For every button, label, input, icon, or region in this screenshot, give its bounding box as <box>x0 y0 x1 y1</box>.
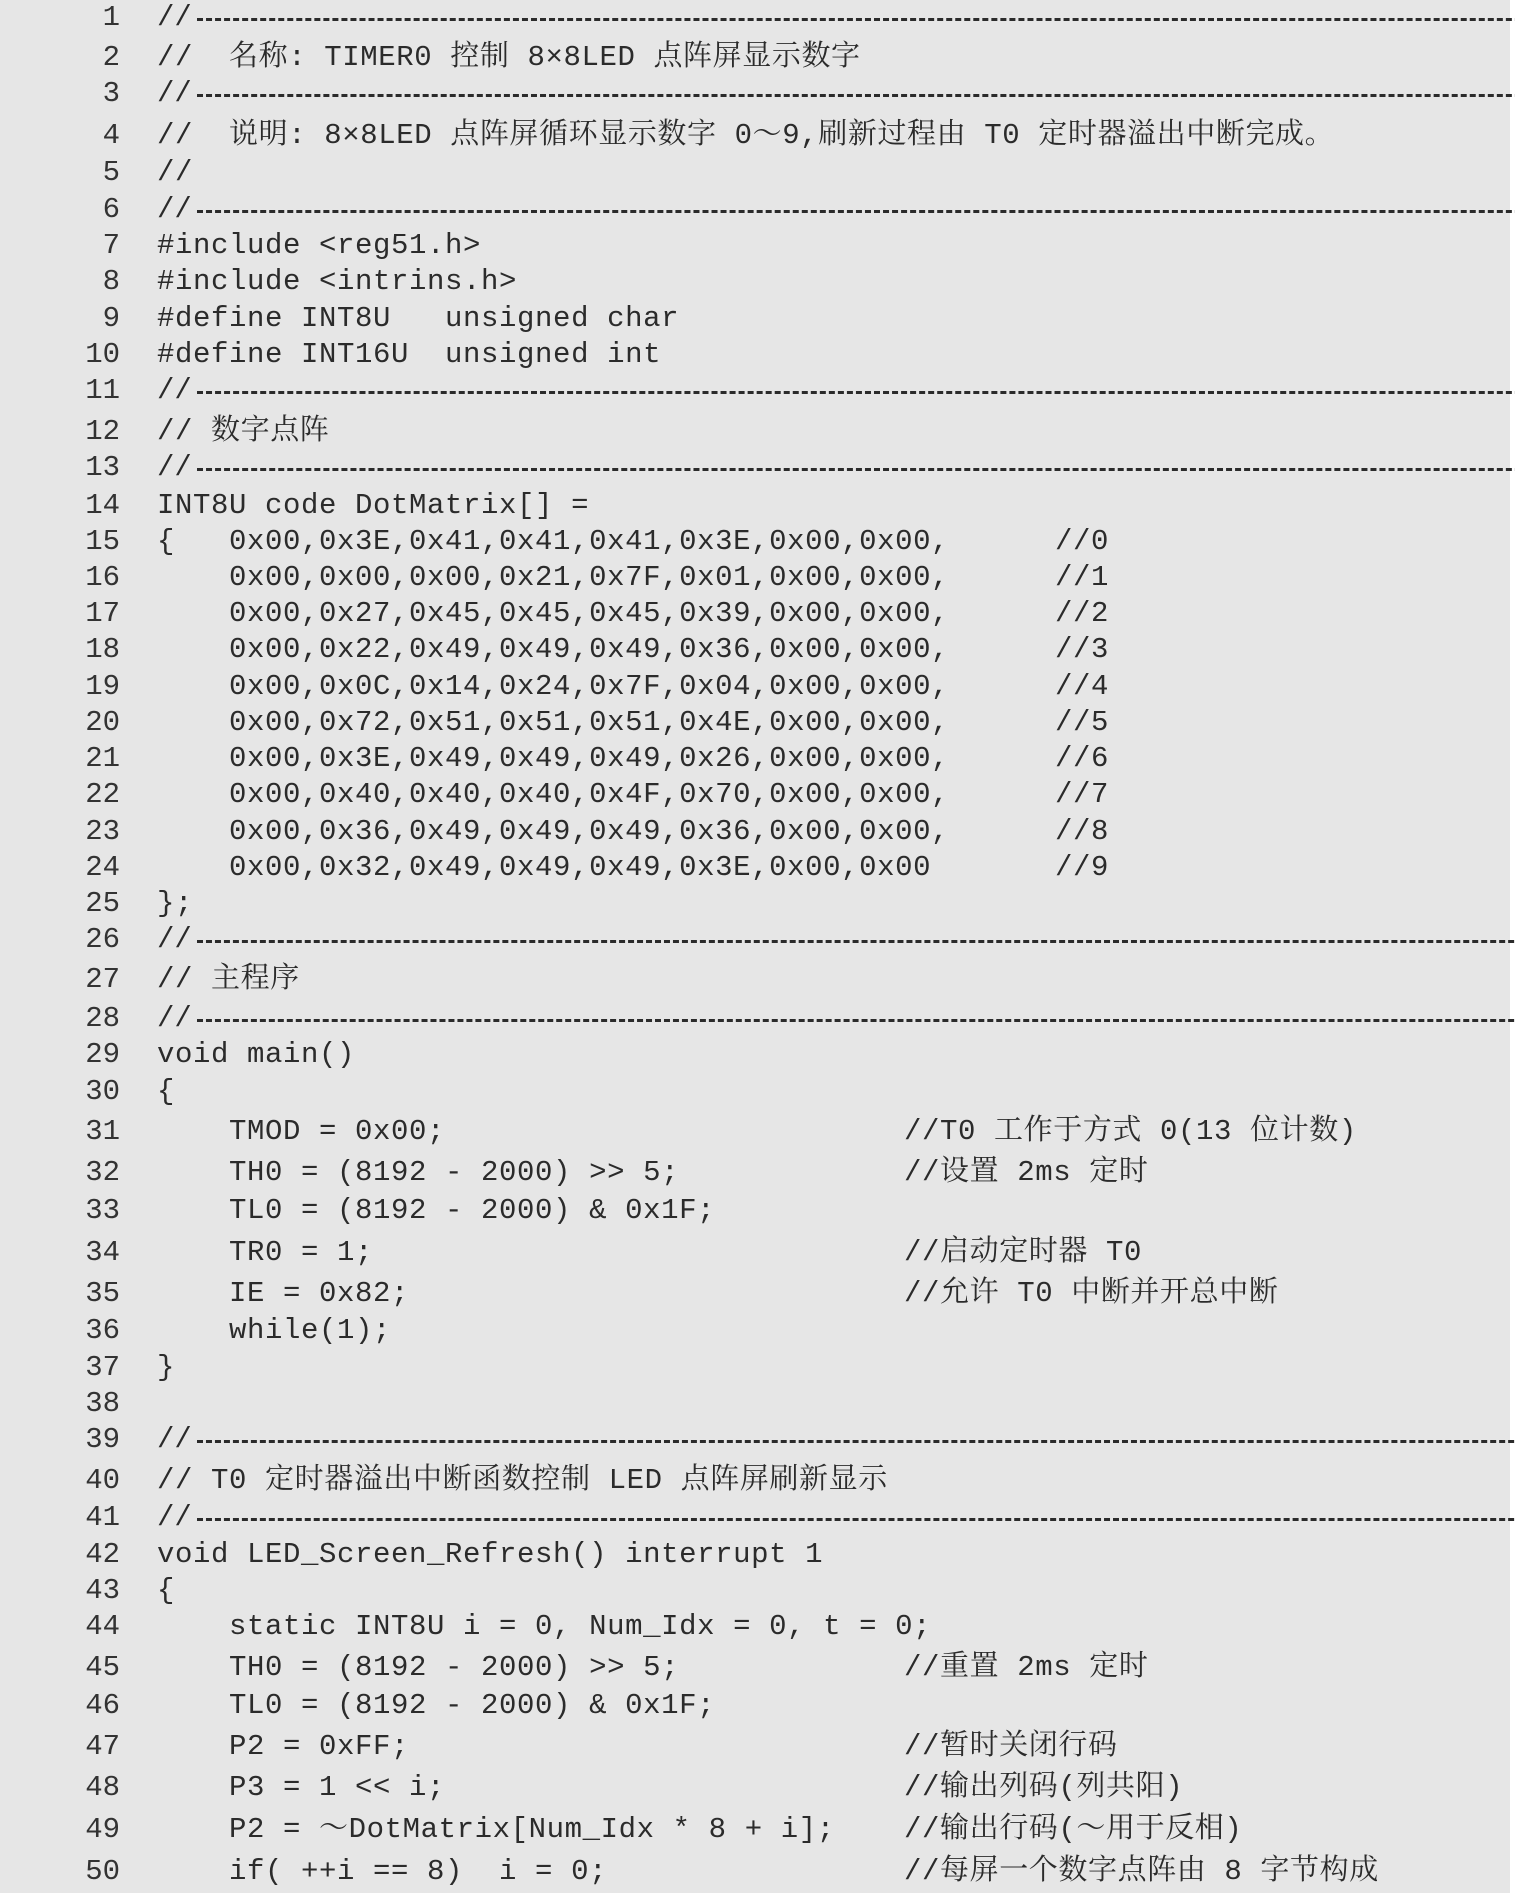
code-text: TH0 = (8192 - 2000) >> 5; <box>157 1155 679 1191</box>
line-number: 29 <box>60 1037 120 1073</box>
code-text: // 名称: TIMER0 控制 8×8LED 点阵屏显示数字 <box>157 40 861 76</box>
comment-slashes: // <box>157 450 192 486</box>
comment-slashes: // <box>157 1500 192 1536</box>
line-number: 41 <box>60 1500 120 1536</box>
code-line: 46 TL0 = (8192 - 2000) & 0x1F; <box>0 1688 1510 1724</box>
code-line: 47 P2 = 0xFF;//暂时关闭行码 <box>0 1729 1510 1765</box>
code-text: if( ++i == 8) i = 0; <box>157 1854 607 1890</box>
dashed-rule <box>197 1440 1515 1443</box>
inline-comment: //5 <box>1055 705 1109 741</box>
code-text: void LED_Screen_Refresh() interrupt 1 <box>157 1537 823 1573</box>
code-line: 25}; <box>0 886 1510 922</box>
line-number: 39 <box>60 1422 120 1458</box>
code-text: { <box>157 1573 175 1609</box>
line-number: 33 <box>60 1193 120 1229</box>
inline-comment: //T0 工作于方式 0(13 位计数) <box>904 1114 1357 1150</box>
line-number: 17 <box>60 596 120 632</box>
code-line: 21 0x00,0x3E,0x49,0x49,0x49,0x26,0x00,0x… <box>0 741 1510 777</box>
code-line: 6// <box>0 192 1510 228</box>
line-number: 42 <box>60 1537 120 1573</box>
comment-slashes: // <box>157 1422 192 1458</box>
code-text: // 主程序 <box>157 962 300 998</box>
code-line: 8#include <intrins.h> <box>0 264 1510 300</box>
inline-comment: //3 <box>1055 632 1109 668</box>
comment-slashes: // <box>157 76 192 112</box>
line-number: 35 <box>60 1276 120 1312</box>
code-line: 38 <box>0 1386 1510 1422</box>
code-line: 44 static INT8U i = 0, Num_Idx = 0, t = … <box>0 1609 1510 1645</box>
code-text: 0x00,0x36,0x49,0x49,0x49,0x36,0x00,0x00, <box>157 814 949 850</box>
code-line: 13// <box>0 450 1510 486</box>
line-number: 18 <box>60 632 120 668</box>
code-line: 19 0x00,0x0C,0x14,0x24,0x7F,0x04,0x00,0x… <box>0 669 1510 705</box>
line-number: 48 <box>60 1770 120 1806</box>
line-number: 9 <box>60 301 120 337</box>
dashed-rule <box>197 18 1515 21</box>
comment-slashes: // <box>157 1001 192 1037</box>
inline-comment: //2 <box>1055 596 1109 632</box>
code-line: 30{ <box>0 1074 1510 1110</box>
code-line: 50 if( ++i == 8) i = 0;//每屏一个数字点阵由 8 字节构… <box>0 1854 1510 1890</box>
line-number: 40 <box>60 1463 120 1499</box>
code-line: 18 0x00,0x22,0x49,0x49,0x49,0x36,0x00,0x… <box>0 632 1510 668</box>
line-number: 36 <box>60 1313 120 1349</box>
code-line: 17 0x00,0x27,0x45,0x45,0x45,0x39,0x00,0x… <box>0 596 1510 632</box>
line-number: 22 <box>60 777 120 813</box>
code-text: { <box>157 1074 175 1110</box>
line-number: 15 <box>60 524 120 560</box>
code-text: }; <box>157 886 193 922</box>
line-number: 50 <box>60 1854 120 1890</box>
code-text: P2 = 0xFF; <box>157 1729 409 1765</box>
code-text: TL0 = (8192 - 2000) & 0x1F; <box>157 1688 715 1724</box>
code-text: #include <reg51.h> <box>157 228 481 264</box>
line-number: 19 <box>60 669 120 705</box>
comment-slashes: // <box>157 922 192 958</box>
line-number: 11 <box>60 373 120 409</box>
line-number: 38 <box>60 1386 120 1422</box>
line-number: 10 <box>60 337 120 373</box>
code-line: 49 P2 = ～DotMatrix[Num_Idx * 8 + i];//输出… <box>0 1812 1510 1848</box>
line-number: 1 <box>60 0 120 36</box>
inline-comment: //7 <box>1055 777 1109 813</box>
code-line: 48 P3 = 1 << i;//输出列码(列共阳) <box>0 1770 1510 1806</box>
line-number: 25 <box>60 886 120 922</box>
dashed-rule <box>197 210 1515 213</box>
code-text: P3 = 1 << i; <box>157 1770 445 1806</box>
line-number: 31 <box>60 1114 120 1150</box>
code-text: 0x00,0x3E,0x49,0x49,0x49,0x26,0x00,0x00, <box>157 741 949 777</box>
dashed-rule <box>197 940 1515 943</box>
code-text: while(1); <box>157 1313 391 1349</box>
code-text: INT8U code DotMatrix[] = <box>157 488 589 524</box>
code-line: 15{ 0x00,0x3E,0x41,0x41,0x41,0x3E,0x00,0… <box>0 524 1510 560</box>
code-line: 39// <box>0 1422 1510 1458</box>
code-line: 14INT8U code DotMatrix[] = <box>0 488 1510 524</box>
code-text: TL0 = (8192 - 2000) & 0x1F; <box>157 1193 715 1229</box>
line-number: 3 <box>60 76 120 112</box>
code-text: // 数字点阵 <box>157 414 329 450</box>
line-number: 32 <box>60 1155 120 1191</box>
line-number: 23 <box>60 814 120 850</box>
code-text: 0x00,0x72,0x51,0x51,0x51,0x4E,0x00,0x00, <box>157 705 949 741</box>
code-line: 5// <box>0 155 1510 191</box>
line-number: 4 <box>60 118 120 154</box>
line-number: 47 <box>60 1729 120 1765</box>
dashed-rule <box>197 391 1515 394</box>
code-line: 36 while(1); <box>0 1313 1510 1349</box>
inline-comment: //输出行码(～用于反相) <box>904 1812 1242 1848</box>
line-number: 24 <box>60 850 120 886</box>
code-line: 12// 数字点阵 <box>0 414 1510 450</box>
line-number: 37 <box>60 1350 120 1386</box>
code-line: 41// <box>0 1500 1510 1536</box>
line-number: 43 <box>60 1573 120 1609</box>
inline-comment: //启动定时器 T0 <box>904 1235 1142 1271</box>
code-text: TMOD = 0x00; <box>157 1114 445 1150</box>
code-line: 20 0x00,0x72,0x51,0x51,0x51,0x4E,0x00,0x… <box>0 705 1510 741</box>
code-line: 7#include <reg51.h> <box>0 228 1510 264</box>
inline-comment: //1 <box>1055 560 1109 596</box>
code-text: P2 = ～DotMatrix[Num_Idx * 8 + i]; <box>157 1812 835 1848</box>
code-line: 31 TMOD = 0x00;//T0 工作于方式 0(13 位计数) <box>0 1114 1510 1150</box>
comment-slashes: // <box>157 373 192 409</box>
dashed-rule <box>197 94 1515 97</box>
code-line: 32 TH0 = (8192 - 2000) >> 5;//设置 2ms 定时 <box>0 1155 1510 1191</box>
code-text: TH0 = (8192 - 2000) >> 5; <box>157 1650 679 1686</box>
line-number: 49 <box>60 1812 120 1848</box>
inline-comment: //4 <box>1055 669 1109 705</box>
inline-comment: //6 <box>1055 741 1109 777</box>
inline-comment: //输出列码(列共阳) <box>904 1770 1183 1806</box>
code-line: 33 TL0 = (8192 - 2000) & 0x1F; <box>0 1193 1510 1229</box>
line-number: 5 <box>60 155 120 191</box>
code-text: #define INT16U unsigned int <box>157 337 661 373</box>
inline-comment: //每屏一个数字点阵由 8 字节构成 <box>904 1854 1379 1890</box>
inline-comment: //允许 T0 中断并开总中断 <box>904 1276 1278 1312</box>
code-line: 27// 主程序 <box>0 962 1510 998</box>
line-number: 7 <box>60 228 120 264</box>
code-text: // T0 定时器溢出中断函数控制 LED 点阵屏刷新显示 <box>157 1463 888 1499</box>
line-number: 28 <box>60 1001 120 1037</box>
code-line: 9#define INT8U unsigned char <box>0 301 1510 337</box>
code-line: 42void LED_Screen_Refresh() interrupt 1 <box>0 1537 1510 1573</box>
inline-comment: //设置 2ms 定时 <box>904 1155 1148 1191</box>
comment-slashes: // <box>157 0 192 36</box>
line-number: 12 <box>60 414 120 450</box>
line-number: 44 <box>60 1609 120 1645</box>
code-line: 40// T0 定时器溢出中断函数控制 LED 点阵屏刷新显示 <box>0 1463 1510 1499</box>
line-number: 30 <box>60 1074 120 1110</box>
code-text: // 说明: 8×8LED 点阵屏循环显示数字 0～9,刷新过程由 T0 定时器… <box>157 118 1334 154</box>
code-line: 45 TH0 = (8192 - 2000) >> 5;//重置 2ms 定时 <box>0 1650 1510 1686</box>
code-text: IE = 0x82; <box>157 1276 409 1312</box>
line-number: 27 <box>60 962 120 998</box>
line-number: 46 <box>60 1688 120 1724</box>
line-number: 34 <box>60 1235 120 1271</box>
inline-comment: //重置 2ms 定时 <box>904 1650 1148 1686</box>
code-line: 2// 名称: TIMER0 控制 8×8LED 点阵屏显示数字 <box>0 40 1510 76</box>
code-text: } <box>157 1350 175 1386</box>
code-listing-page: 1//2// 名称: TIMER0 控制 8×8LED 点阵屏显示数字3//4/… <box>0 0 1510 1893</box>
code-text: 0x00,0x32,0x49,0x49,0x49,0x3E,0x00,0x00 <box>157 850 931 886</box>
code-text: // <box>157 155 193 191</box>
code-text: 0x00,0x27,0x45,0x45,0x45,0x39,0x00,0x00, <box>157 596 949 632</box>
code-text: TR0 = 1; <box>157 1235 373 1271</box>
line-number: 20 <box>60 705 120 741</box>
dashed-rule <box>197 1518 1515 1521</box>
code-text: { 0x00,0x3E,0x41,0x41,0x41,0x3E,0x00,0x0… <box>157 524 949 560</box>
code-line: 35 IE = 0x82;//允许 T0 中断并开总中断 <box>0 1276 1510 1312</box>
line-number: 13 <box>60 450 120 486</box>
code-line: 23 0x00,0x36,0x49,0x49,0x49,0x36,0x00,0x… <box>0 814 1510 850</box>
dashed-rule <box>197 1019 1515 1022</box>
line-number: 8 <box>60 264 120 300</box>
code-line: 3// <box>0 76 1510 112</box>
code-text: static INT8U i = 0, Num_Idx = 0, t = 0; <box>157 1609 931 1645</box>
code-text: 0x00,0x0C,0x14,0x24,0x7F,0x04,0x00,0x00, <box>157 669 949 705</box>
code-line: 10#define INT16U unsigned int <box>0 337 1510 373</box>
code-line: 28// <box>0 1001 1510 1037</box>
code-text: #define INT8U unsigned char <box>157 301 679 337</box>
code-text: 0x00,0x40,0x40,0x40,0x4F,0x70,0x00,0x00, <box>157 777 949 813</box>
line-number: 14 <box>60 488 120 524</box>
code-line: 43{ <box>0 1573 1510 1609</box>
dashed-rule <box>197 468 1515 471</box>
code-text: 0x00,0x00,0x00,0x21,0x7F,0x01,0x00,0x00, <box>157 560 949 596</box>
inline-comment: //9 <box>1055 850 1109 886</box>
comment-slashes: // <box>157 192 192 228</box>
code-text: #include <intrins.h> <box>157 264 517 300</box>
code-line: 16 0x00,0x00,0x00,0x21,0x7F,0x01,0x00,0x… <box>0 560 1510 596</box>
line-number: 21 <box>60 741 120 777</box>
code-text: void main() <box>157 1037 355 1073</box>
line-number: 45 <box>60 1650 120 1686</box>
code-line: 4// 说明: 8×8LED 点阵屏循环显示数字 0～9,刷新过程由 T0 定时… <box>0 118 1510 154</box>
code-line: 11// <box>0 373 1510 409</box>
code-line: 29void main() <box>0 1037 1510 1073</box>
line-number: 6 <box>60 192 120 228</box>
line-number: 16 <box>60 560 120 596</box>
line-number: 2 <box>60 40 120 76</box>
code-text: 0x00,0x22,0x49,0x49,0x49,0x36,0x00,0x00, <box>157 632 949 668</box>
inline-comment: //0 <box>1055 524 1109 560</box>
code-line: 37} <box>0 1350 1510 1386</box>
inline-comment: //暂时关闭行码 <box>904 1729 1118 1765</box>
code-line: 24 0x00,0x32,0x49,0x49,0x49,0x3E,0x00,0x… <box>0 850 1510 886</box>
code-line: 1// <box>0 0 1510 36</box>
code-line: 26// <box>0 922 1510 958</box>
code-line: 22 0x00,0x40,0x40,0x40,0x4F,0x70,0x00,0x… <box>0 777 1510 813</box>
inline-comment: //8 <box>1055 814 1109 850</box>
code-line: 34 TR0 = 1;//启动定时器 T0 <box>0 1235 1510 1271</box>
line-number: 26 <box>60 922 120 958</box>
